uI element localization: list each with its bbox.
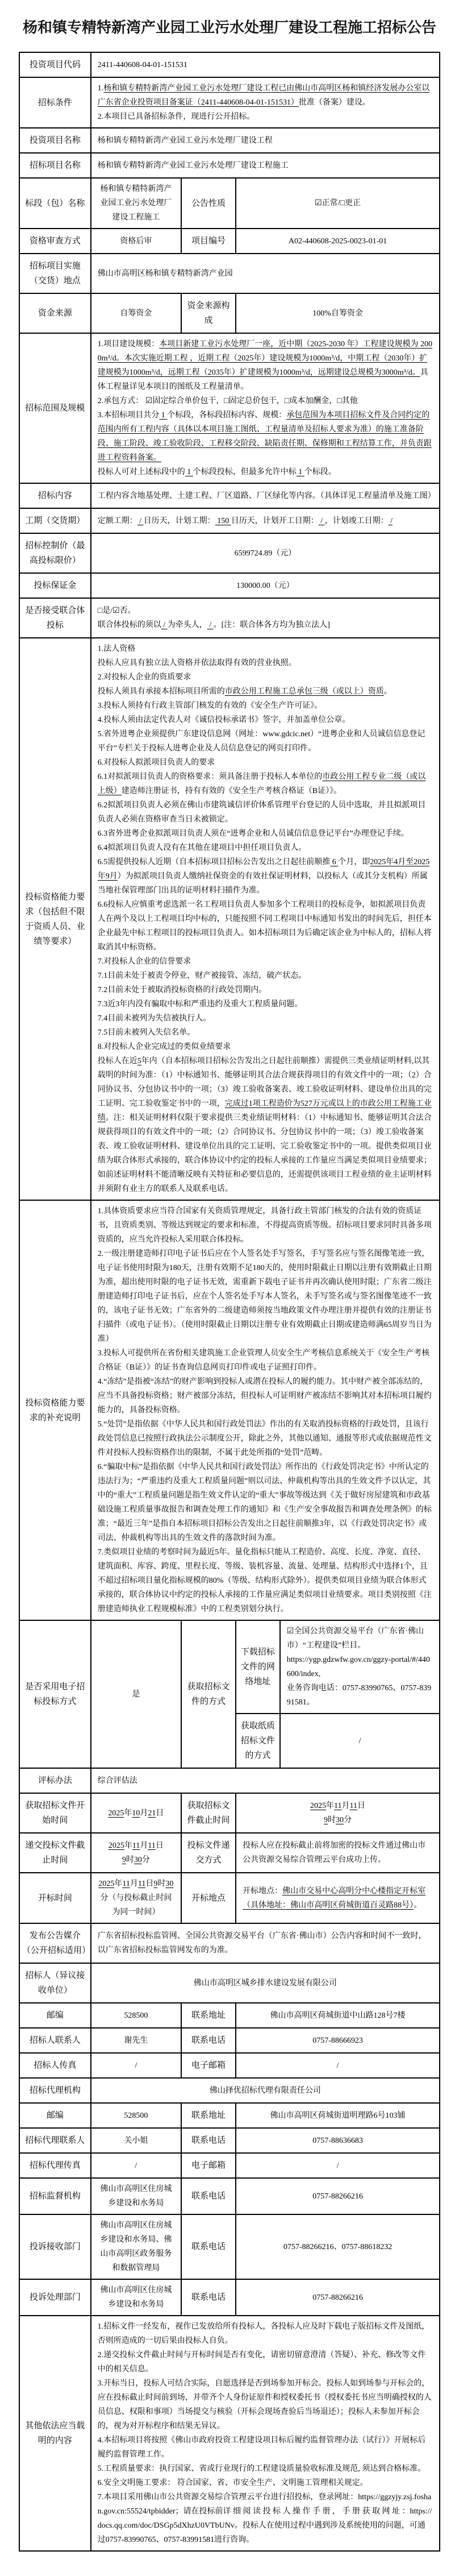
text-line: 2.一级注册建造师打印电子证书后应在个人签名处手写签名，手写签名应与签名图像笔迹… [98, 1247, 433, 1346]
field-label: 投资项目代码 [19, 52, 91, 77]
text-line: 528500 [98, 2009, 174, 2023]
announcement-page: 杨和镇专精特新湾产业园工业污水处理厂建设工程施工招标公告 投资项目代码2411-… [0, 0, 459, 2566]
field-value: ☑全国公共资源交易平台（广东省·佛山市）“工程建设”栏目。https://ygp… [280, 1620, 440, 1714]
text-line: 100%自筹资金 [243, 306, 433, 321]
text-line: 2411-440608-04-01-151531 [98, 58, 433, 72]
table-row: 评标办法综合评估法 [19, 1768, 440, 1793]
field-label: 投诉接收部门 [19, 2214, 91, 2279]
field-label: 获取招标文件截止时间 [181, 1793, 236, 1833]
text-line: 2.对投标人企业的资质要求 [98, 670, 433, 685]
text-line: 工期（交货期） [22, 513, 88, 528]
field-value: 佛山市高明区荷城街道中山路128号7楼 [236, 2003, 440, 2028]
text-line: 2025年11月11日 [243, 1799, 433, 1813]
table-row: 招标条件1.杨和镇专精特新湾产业园工业污水处理厂建设工程已由佛山市高明区杨和镇经… [19, 77, 440, 128]
text-line: 7.4目前未被列为失信被执行人。 [98, 1011, 433, 1026]
field-value: 1.杨和镇专精特新湾产业园工业污水处理厂建设工程已由佛山市高明区杨和镇经济发展办… [91, 77, 440, 128]
text-line: A02-440608-2025-0023-01-01 [243, 234, 433, 248]
text-line: 6599724.89（元） [98, 546, 433, 561]
field-label: 资金来源构成 [181, 293, 236, 333]
field-label: 招标代理联系人 [19, 2128, 91, 2153]
field-value: 1.项目建设规模：本项目新建工业污水处理厂一座，近中期（2025-2030 年）… [91, 333, 440, 483]
text-line: 投标人可对上述标段中的 1 个标段投标，但最多允许中标 1 个标段。 [98, 465, 433, 479]
table-row: 其他依法应当载明的内容1.招标文件一经发布，视作已发放给所有投标人，各投标人应及… [19, 2316, 440, 2551]
field-label: 联系电话 [181, 2028, 236, 2053]
table-row: 开标时间2025年11月11日9时30分（与投标截止时间为同一时间）开标地点开标… [19, 1873, 440, 1923]
text-line: 定额工期： / 日历天，计划工期： 150 日历天，计划开工日期： / ，计划竣… [98, 514, 433, 528]
field-label: 招标人传真 [19, 2053, 91, 2078]
table-row: 获取招标文件开始时间2025年10月21日获取招标文件截止时间2025年11月1… [19, 1793, 440, 1833]
text-line: 招标代理联系人 [22, 2133, 88, 2148]
field-label: 投诉处理部门 [19, 2279, 91, 2316]
field-label: 联系电话 [181, 2279, 236, 2316]
text-line: 投标资格能力要求的补充说明 [22, 1396, 88, 1425]
text-line: 招标范围及规模 [22, 401, 88, 416]
text-line: 2025年11月11日 [98, 1839, 174, 1853]
text-line: 招标项目实施（交货）地点 [22, 259, 88, 288]
field-value: 0757-88666923 [236, 2028, 440, 2053]
field-value: 杨和镇专精特新湾产业园工业污水处理厂建设工程施工 [91, 153, 440, 178]
field-value: 0757-88636683 [236, 2128, 440, 2153]
field-value: 130000.00（元） [91, 573, 440, 598]
text-line: 资格后审 [98, 234, 174, 248]
table-row: 投标资格能力要求（包括但不限于资质人员、业绩等要求）1.法人资格投标人应具有独立… [19, 638, 440, 1200]
table-row: 投资项目名称杨和镇专精特新湾产业园工业污水处理厂建设工程 [19, 128, 440, 153]
table-row: 发布公告媒介（公开招标适用）广东省招标投标监管网、全国公共资源交易平台（广东省·… [19, 1923, 440, 1963]
field-value: 佛山市高明区住房城乡建设和水务局 [91, 2279, 181, 2316]
field-label: 开标地点 [181, 1873, 236, 1923]
table-row: 资金来源自筹资金资金来源构成100%自筹资金 [19, 293, 440, 333]
text-line: 佛山市高明区城乡排水建设发展有限公司 [98, 1976, 433, 1990]
text-line: 邮编 [22, 2108, 88, 2123]
field-label: 工期（交货期） [19, 508, 91, 533]
text-line: 8.对投标人企业完成过的类似业绩要求 [98, 1040, 433, 1054]
field-value: / [91, 2153, 181, 2178]
text-line: 2.递交投标文件截止时间与开标时间是否有变化，请密切留意澄清（答疑）、补充、修改… [98, 2348, 433, 2376]
text-line: 1.项目建设规模：本项目新建工业污水处理厂一座，近中期（2025-2030 年）… [98, 337, 433, 394]
text-line: 投资项目代码 [22, 57, 88, 72]
field-label: 招标人联系人 [19, 2028, 91, 2053]
field-value: / [91, 2053, 181, 2078]
table-row: 招标项目名称杨和镇专精特新湾产业园工业污水处理厂建设工程施工 [19, 153, 440, 178]
text-line: 是否采用电子招标投标方式 [22, 1679, 88, 1709]
text-line: 公告性质 [184, 196, 233, 211]
table-row: 招标代理机构佛山择优招标代理有限责任公司 [19, 2078, 440, 2103]
text-line: 7.3近3年内没有骗取中标和严重违约及重大工程质量问题。 [98, 997, 433, 1011]
text-line: 3.本招标项目共分 1 个标段，各标段招标内容、规模：承包范围为本项目招标文件及… [98, 408, 433, 465]
table-row: 邮编528500联系地址佛山市高明区荷城街道中山路128号7楼 [19, 2003, 440, 2028]
text-line: 3.投标人可提供所在省份相关建筑施工企业管理人员安全生产考核信息系统关于《安全生… [98, 1346, 433, 1375]
table-row: 投标资格能力要求的补充说明1.具体资质要求应当符合国家有关资质管理规定，具备行政… [19, 1200, 440, 1620]
text-line: 联系地址 [184, 2008, 233, 2023]
text-line: 130000.00（元） [98, 579, 433, 593]
text-line: 谢先生 [98, 2034, 174, 2048]
text-line: 6.2拟派项目负责人必须在佛山市建筑诚信评价体系管理平台登记的人员中选取，并且拟… [98, 798, 433, 827]
text-line: 招标内容 [22, 488, 88, 503]
text-line: 6.对投标人拟派项目负责人的要求 [98, 756, 433, 770]
text-line: 0757-88266216、0757-88618232 [243, 2240, 433, 2254]
field-label: 开标时间 [19, 1873, 91, 1923]
announcement-table-body: 投资项目代码2411-440608-04-01-151531招标条件1.杨和镇专… [19, 52, 440, 2551]
text-line: 佛山市高明区住房城乡建设和水务局、佛山市高明区政务服务和数据管理局 [98, 2218, 174, 2275]
text-line: 综合评估法 [98, 1774, 433, 1788]
field-value: ☑正常/□更正 [236, 178, 440, 229]
text-line: 开标地点 [184, 1891, 233, 1906]
text-line: 投诉处理部门 [22, 2290, 88, 2305]
text-line: 电子邮箱 [184, 2058, 233, 2073]
text-line: 联系电话 [184, 2033, 233, 2048]
text-line: 业务咨询电话：0757-83990765、0757-83991581。 [287, 1681, 433, 1710]
text-line: 项目编号 [184, 234, 233, 248]
text-line: / [243, 2059, 433, 2073]
field-label: 招标内容 [19, 483, 91, 508]
text-line: 2025年11月11日9时30分（与投标截止时间为同一时间） [98, 1877, 174, 1919]
text-line: 电子邮箱 [184, 2158, 233, 2173]
text-line: 528500 [98, 2109, 174, 2123]
text-line: 发布公告媒介（公开招标适用） [22, 1928, 88, 1958]
text-line: 招标人传真 [22, 2058, 88, 2073]
text-line: 5.省外进粤企业须提供广东建设信息网（网址：www.gdcic.net）“进粤企… [98, 727, 433, 756]
text-line: 是否接受联合体投标 [22, 603, 88, 633]
table-row: 招标内容工程内容含地基处理、土建工程、厂区道路、厂区绿化等内容。（具体详见工程量… [19, 483, 440, 508]
field-value: 定额工期： / 日历天，计划工期： 150 日历天，计划开工日期： / ，计划竣… [91, 508, 440, 533]
text-line: 4.“冻结”是指被“冻结”的财产影响到投标人或潜在投标人的履约能力。其中财产被全… [98, 1375, 433, 1417]
text-line: 联系电话 [184, 2239, 233, 2254]
text-line: 资金来源构成 [184, 298, 233, 328]
field-label: 资金来源 [19, 293, 91, 333]
text-line: 招标条件 [22, 96, 88, 110]
text-line: 7.本项目采用佛山市公共资源交易综合管理云平台进行招投标，登录网址：https:… [98, 2490, 433, 2547]
field-label: 招标项目名称 [19, 153, 91, 178]
field-value: 自筹资金 [91, 293, 181, 333]
text-line: 投诉接收部门 [22, 2239, 88, 2254]
text-line: 6.5需提供投标人近期（自本招标项目招标公告发出之日起往前顺推 6 个月，即20… [98, 855, 433, 898]
field-value: 6599724.89（元） [91, 533, 440, 573]
table-row: 招标范围及规模1.项目建设规模：本项目新建工业污水处理厂一座，近中期（2025-… [19, 333, 440, 483]
field-value: 528500 [91, 2003, 181, 2028]
text-line: 4.本招标项目将按照《佛山市政府投资工程建设项目标后履约监督管理办法（试行）》开… [98, 2433, 433, 2462]
field-label: 获取纸质招标文件的方式 [236, 1714, 280, 1768]
announcement-table: 投资项目代码2411-440608-04-01-151531招标条件1.杨和镇专… [19, 52, 440, 2552]
field-label: 其他依法应当载明的内容 [19, 2316, 91, 2551]
field-label: 联系电话 [181, 2178, 236, 2214]
table-row: 招标人联系人谢先生联系电话0757-88666923 [19, 2028, 440, 2053]
field-label: 招标人（异议接收单位） [19, 1963, 91, 2003]
text-line: 佛山市高明区荷城街道中山路128号7楼 [243, 2009, 433, 2023]
text-line: 获取招标文件的方式 [184, 1679, 233, 1709]
text-line: 招标控制价（最高投标限价） [22, 538, 88, 568]
text-line: 投标保证金 [22, 578, 88, 593]
field-label: 公告性质 [181, 178, 236, 229]
table-row: 资格审查方式资格后审项目编号A02-440608-2025-0023-01-01 [19, 229, 440, 254]
field-label: 投标文件递交方式 [181, 1833, 236, 1873]
field-value: 100%自筹资金 [236, 293, 440, 333]
text-line: 2.本项目已具备招标条件，现进行公开招标。 [98, 110, 433, 124]
field-value: 2025年11月11日9时30分（与投标截止时间为同一时间） [91, 1873, 181, 1923]
field-label: 联系电话 [181, 2214, 236, 2279]
text-line: 招标代理传真 [22, 2158, 88, 2173]
field-label: 电子邮箱 [181, 2053, 236, 2078]
text-line: 广东省招标投标监管网、全国公共资源交易平台（广东省·佛山市）公告内容和时间不一致… [98, 1929, 433, 1957]
text-line: 5.“处罚”是指依据《中华人民共和国行政处罚法》作出的有关取消投标资格的行政处罚… [98, 1417, 433, 1460]
text-line: 3.开标当日，投标人可结合实际，自愿选择是否到场参加开标会。投标人如到场参与开标… [98, 2376, 433, 2433]
text-line: 递交投标文件截止时间 [22, 1838, 88, 1868]
text-line: ☑全国公共资源交易平台（广东省·佛山市）“工程建设”栏目。 [287, 1624, 433, 1653]
field-label: 邮编 [19, 2003, 91, 2028]
field-value: 0757-88266216 [236, 2279, 440, 2316]
text-line: 5.工程质量要求：执行国家、省或行业现行的工程建设质量验收标准及规范, 须达到合… [98, 2462, 433, 2476]
text-line: 2025年10月21日 [98, 1806, 174, 1820]
text-line: 7.1目前未处于被责令停业，财产被接管、冻结，破产状态。 [98, 969, 433, 983]
field-label: 招标监督机构 [19, 2178, 91, 2214]
field-label: 获取招标文件的方式 [181, 1620, 236, 1768]
field-label: 资格审查方式 [19, 229, 91, 254]
text-line: 2.承包方式： ☑固定综合单价包干，□固定总价包干，□成本加酬金，□其他 [98, 394, 433, 408]
field-value: 佛山市高明区住房城乡建设和水务局 [91, 2178, 181, 2214]
field-value: 综合评估法 [91, 1768, 440, 1793]
text-line: 0757-88266216 [243, 2291, 433, 2305]
table-row: 招标代理联系人关小姐联系电话0757-88636683 [19, 2128, 440, 2153]
text-line: 联系电话 [184, 2290, 233, 2305]
field-label: 招标控制价（最高投标限价） [19, 533, 91, 573]
field-label: 递交投标文件截止时间 [19, 1833, 91, 1873]
text-line: / [98, 2059, 174, 2073]
text-line: 7.对投标人企业的信誉要求 [98, 955, 433, 969]
table-row: 招标人（异议接收单位）佛山市高明区城乡排水建设发展有限公司 [19, 1963, 440, 2003]
text-line: 招标人联系人 [22, 2033, 88, 2048]
field-value: 0757-88266216 [236, 2178, 440, 2214]
text-line: 资金来源 [22, 306, 88, 321]
text-line: 投标人在近5年内（自本招标项目招标公告发出之日起往前顺推）需提供三类业绩证明材料… [98, 1054, 433, 1196]
text-line: 投资项目名称 [22, 133, 88, 148]
field-value: 工程内容含地基处理、土建工程、厂区道路、厂区绿化等内容。（具体详见工程量清单及施… [91, 483, 440, 508]
field-value: 1.法人资格投标人应具有独立法人资格并依法取得有效的营业执照。2.对投标人企业的… [91, 638, 440, 1200]
field-value: / [280, 1714, 440, 1768]
field-label: 招标代理传真 [19, 2153, 91, 2178]
text-line: 1.招标文件一经发布，视作已发放给所有投标人，各投标人应及时下载电子版招标文件及… [98, 2320, 433, 2348]
text-line: 3.投标人须持有行政主管部门核发的有效的《安全生产许可证》。 [98, 699, 433, 713]
table-row: 招标代理传真/电子邮箱/ [19, 2153, 440, 2178]
field-value: 杨和镇专精特新湾产业园工业污水处理厂建设工程施工 [91, 178, 181, 229]
field-label: 项目编号 [181, 229, 236, 254]
text-line: / [287, 1734, 433, 1748]
text-line: 开标地点：佛山市交易中心高明分中心楼指定开标室（具体地址：佛山市高明区荷城街道百… [243, 1884, 433, 1913]
text-line: 联系电话 [184, 2189, 233, 2204]
text-line: 下载招标文件的网络地址 [239, 1645, 277, 1689]
text-line: 杨和镇专精特新湾产业园工业污水处理厂建设工程施工 [98, 159, 433, 173]
field-value: 佛山市高明区荷城街道明理路6号103铺 [236, 2103, 440, 2128]
text-line: □是/☑否。 [98, 604, 433, 618]
field-label: 联系电话 [181, 2128, 236, 2153]
text-line: 1.法人资格 [98, 642, 433, 656]
table-row: 邮编528500联系地址佛山市高明区荷城街道明理路6号103铺 [19, 2103, 440, 2128]
text-line: 获取招标文件开始时间 [22, 1798, 88, 1828]
text-line: 0757-88666923 [243, 2034, 433, 2048]
text-line: 0757-88266216 [243, 2189, 433, 2204]
field-label: 投标资格能力要求的补充说明 [19, 1200, 91, 1620]
field-label: 联系地址 [181, 2103, 236, 2128]
text-line: 7.类似项目业绩的考察时间为最近5年。量化指标只能从工程造价、高度、长度、净宽、… [98, 1545, 433, 1616]
table-row: 是否接受联合体投标□是/☑否。联合体投标的须以 / 为牵头人， / 。[注：联合… [19, 598, 440, 638]
text-line: / [98, 2159, 174, 2173]
field-value: / [236, 2053, 440, 2078]
text-line: 获取纸质招标文件的方式 [239, 1719, 277, 1763]
field-label: 投资项目名称 [19, 128, 91, 153]
text-line: 9时30分 [98, 1853, 174, 1867]
text-line: 自筹资金 [98, 306, 174, 321]
text-line: 关小姐 [98, 2134, 174, 2148]
field-label: 是否接受联合体投标 [19, 598, 91, 638]
field-value: 佛山择优招标代理有限责任公司 [91, 2078, 440, 2103]
text-line: 是 [98, 1687, 174, 1702]
text-line: 获取招标文件截止时间 [184, 1798, 233, 1828]
text-line: ☑正常/□更正 [243, 196, 433, 210]
field-value: 投标人应在投标截止前将加密的投标文件通过佛山市公共资源交易综合管理云平台成功上传… [236, 1833, 440, 1873]
field-label: 邮编 [19, 2103, 91, 2128]
field-label: 是否采用电子招标投标方式 [19, 1620, 91, 1768]
text-line: 招标项目名称 [22, 158, 88, 173]
table-row: 招标监督机构佛山市高明区住房城乡建设和水务局联系电话0757-88266216 [19, 2178, 440, 2214]
table-row: 投标保证金130000.00（元） [19, 573, 440, 598]
text-line: 评标办法 [22, 1773, 88, 1788]
text-line: 1.具体资质要求应当符合国家有关资质管理规定，具备行政主管部门核发的合法有效的资… [98, 1204, 433, 1247]
field-label: 投标保证金 [19, 573, 91, 598]
text-line: / [243, 2159, 433, 2173]
text-line: 联合体投标的须以 / 为牵头人， / 。[注：联合体各方均为独立法人] [98, 618, 433, 632]
text-line: 投标人应在投标截止前将加密的投标文件通过佛山市公共资源交易综合管理云平台成功上传… [243, 1839, 433, 1867]
field-value: A02-440608-2025-0023-01-01 [236, 229, 440, 254]
text-line: 佛山择优招标代理有限责任公司 [98, 2084, 433, 2098]
text-line: 杨和镇专精特新湾产业园工业污水处理厂建设工程 [98, 134, 433, 148]
text-line: 6.4拟派项目负责人没有在其他在建项目中担任项目负责人。 [98, 841, 433, 855]
text-line: 6.安全文明施工要求： 符合国家、省、市安全生产、文明施工管理相关规定。 [98, 2476, 433, 2490]
field-value: 谢先生 [91, 2028, 181, 2053]
page-title: 杨和镇专精特新湾产业园工业污水处理厂建设工程施工招标公告 [14, 16, 445, 37]
text-line: 邮编 [22, 2008, 88, 2023]
table-row: 招标控制价（最高投标限价）6599724.89（元） [19, 533, 440, 573]
text-line: 投标人应具有独立法人资格并依法取得有效的营业执照。 [98, 656, 433, 670]
field-value: 1.招标文件一经发布，视作已发放给所有投标人，各投标人应及时下载电子版招标文件及… [91, 2316, 440, 2551]
text-line: 招标代理机构 [22, 2083, 88, 2098]
text-line: 工程内容含地基处理、土建工程、厂区道路、厂区绿化等内容。（具体详见工程量清单及施… [98, 489, 433, 503]
table-row: 投诉接收部门佛山市高明区住房城乡建设和水务局、佛山市高明区政务服务和数据管理局联… [19, 2214, 440, 2279]
table-row: 递交投标文件截止时间2025年11月11日9时30分投标文件递交方式投标人应在投… [19, 1833, 440, 1873]
field-value: 2025年11月11日9时30分 [236, 1793, 440, 1833]
field-value: 杨和镇专精特新湾产业园工业污水处理厂建设工程 [91, 128, 440, 153]
text-line: 佛山市高明区住房城乡建设和水务局 [98, 2283, 174, 2312]
field-value: 1.具体资质要求应当符合国家有关资质管理规定，具备行政主管部门核发的合法有效的资… [91, 1200, 440, 1620]
field-label: 获取招标文件开始时间 [19, 1793, 91, 1833]
field-label: 评标办法 [19, 1768, 91, 1793]
text-line: 投标文件递交方式 [184, 1838, 233, 1868]
text-line: 6.3省外进粤企业拟派项目负责人须在“进粤企业和人员诚信信息登记平台”办理登记手… [98, 827, 433, 841]
field-value: 2025年11月11日9时30分 [91, 1833, 181, 1873]
text-line: 佛山市高明区荷城街道明理路6号103铺 [243, 2109, 433, 2123]
text-line: 杨和镇专精特新湾产业园工业污水处理厂建设工程施工 [98, 182, 174, 225]
field-label: 联系地址 [181, 2003, 236, 2028]
table-row: 是否采用电子招标投标方式是获取招标文件的方式下载招标文件的网络地址☑全国公共资源… [19, 1620, 440, 1714]
text-line: 其他依法应当载明的内容 [22, 2419, 88, 2448]
text-line: 标段（包）名称 [22, 196, 88, 211]
field-value: 开标地点：佛山市交易中心高明分中心楼指定开标室（具体地址：佛山市高明区荷城街道百… [236, 1873, 440, 1923]
field-label: 电子邮箱 [181, 2153, 236, 2178]
field-value: 528500 [91, 2103, 181, 2128]
table-row: 标段（包）名称杨和镇专精特新湾产业园工业污水处理厂建设工程施工公告性质☑正常/□… [19, 178, 440, 229]
field-value: 关小姐 [91, 2128, 181, 2153]
table-row: 招标人传真/电子邮箱/ [19, 2053, 440, 2078]
text-line: 投标资格能力要求（包括但不限于资质人员、业绩等要求） [22, 890, 88, 949]
table-row: 投资项目代码2411-440608-04-01-151531 [19, 52, 440, 77]
field-value: 佛山市高明区住房城乡建设和水务局、佛山市高明区政务服务和数据管理局 [91, 2214, 181, 2279]
field-label: 标段（包）名称 [19, 178, 91, 229]
text-line: 4.投标人须由法定代表人对《诚信投标承诺书》签字，并加盖单位公章。 [98, 713, 433, 727]
field-value: 佛山市高明区城乡排水建设发展有限公司 [91, 1963, 440, 2003]
field-label: 招标范围及规模 [19, 333, 91, 483]
text-line: 6.“骗取中标”是指依据《中华人民共和国行政处罚法》所作出的《行政处罚决定书》中… [98, 1460, 433, 1545]
field-value: 广东省招标投标监管网、全国公共资源交易平台（广东省·佛山市）公告内容和时间不一致… [91, 1923, 440, 1963]
text-line: 招标人（异议接收单位） [22, 1968, 88, 1998]
text-line: 1.杨和镇专精特新湾产业园工业污水处理厂建设工程已由佛山市高明区杨和镇经济发展办… [98, 81, 433, 110]
text-line: 7.2目前未处于被取消投标资格的行政处罚期内。 [98, 983, 433, 997]
field-value: 0757-88266216、0757-88618232 [236, 2214, 440, 2279]
field-value: 是 [91, 1620, 181, 1768]
text-line: 6.6投标人应慎重考虑选派一名工程项目负责人参加多个工程项目的投标竞争，如拟派项… [98, 898, 433, 955]
text-line: 6.1对拟派项目负责人的资格要求：须具备注册于投标人本单位的市政公用工程专业二级… [98, 770, 433, 798]
text-line: 资格审查方式 [22, 234, 88, 248]
text-line: 投标人须具有承接本招标项目所需的市政公用工程施工总承包三级（或以上）资质。 [98, 685, 433, 699]
field-label: 招标代理机构 [19, 2078, 91, 2103]
text-line: 联系电话 [184, 2133, 233, 2148]
table-row: 投诉处理部门佛山市高明区住房城乡建设和水务局联系电话0757-88266216 [19, 2279, 440, 2316]
field-label: 招标条件 [19, 77, 91, 128]
field-label: 发布公告媒介（公开招标适用） [19, 1923, 91, 1963]
field-value: / [236, 2153, 440, 2178]
field-value: □是/☑否。联合体投标的须以 / 为牵头人， / 。[注：联合体各方均为独立法人… [91, 598, 440, 638]
text-line: 佛山市高明区住房城乡建设和水务局 [98, 2182, 174, 2210]
field-label: 投标资格能力要求（包括但不限于资质人员、业绩等要求） [19, 638, 91, 1200]
text-line: 7.5目前未被列入失信名单。 [98, 1026, 433, 1040]
table-row: 招标项目实施（交货）地点佛山市高明区杨和镇专精特新湾产业园 [19, 254, 440, 293]
text-line: 9时30分 [243, 1813, 433, 1827]
text-line: 联系地址 [184, 2108, 233, 2123]
field-label: 下载招标文件的网络地址 [236, 1620, 280, 1714]
text-line: 开标时间 [22, 1891, 88, 1906]
text-line: 佛山市高明区杨和镇专精特新湾产业园 [98, 267, 433, 281]
field-value: 2411-440608-04-01-151531 [91, 52, 440, 77]
field-value: 2025年10月21日 [91, 1793, 181, 1833]
text-line: 招标监督机构 [22, 2189, 88, 2204]
field-label: 招标项目实施（交货）地点 [19, 254, 91, 293]
text-line: https://ygp.gdzwfw.gov.cn/ggzy-portal/#/… [287, 1653, 433, 1681]
field-value: 佛山市高明区杨和镇专精特新湾产业园 [91, 254, 440, 293]
field-value: 资格后审 [91, 229, 181, 254]
text-line: 0757-88636683 [243, 2134, 433, 2148]
table-row: 工期（交货期）定额工期： / 日历天，计划工期： 150 日历天，计划开工日期：… [19, 508, 440, 533]
